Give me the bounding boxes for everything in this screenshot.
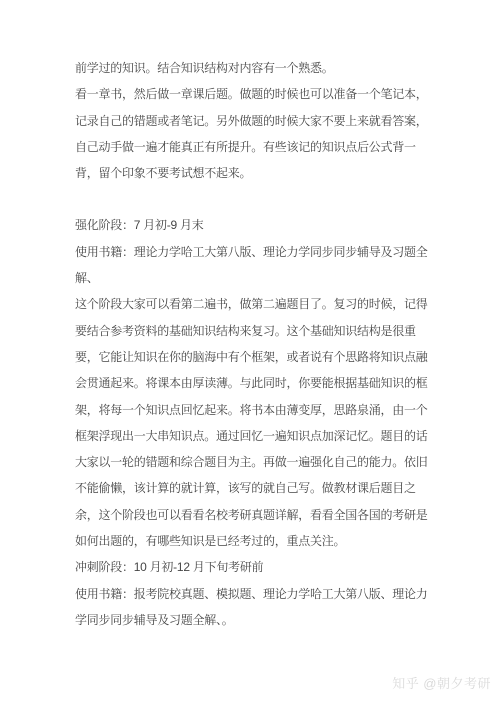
paragraph-intro-tail: 前学过的知识。结合知识结构对内容有一个熟悉。 (75, 55, 429, 81)
paragraph-stage-qianghua-heading: 强化阶段：7 月初-9 月末 (75, 212, 429, 238)
paragraph-books-qianghua: 使用书籍：理论力学哈工大第八版、理论力学同步同步辅导及习题全解、 (75, 239, 429, 292)
paragraph-stage-qianghua-detail: 这个阶段大家可以看第二遍书，做第二遍题目了。复习的时候，记得要结合参考资料的基础… (75, 291, 429, 554)
paragraph-study-method: 看一章书，然后做一章课后题。做题的时候也可以准备一个笔记本，记录自己的错题或者笔… (75, 81, 429, 186)
paragraph-stage-chongci-heading: 冲刺阶段：10 月初-12 月下旬考研前 (75, 554, 429, 580)
page: { "page": { "background_color": "#ffffff… (0, 0, 500, 707)
article-body: 前学过的知识。结合知识结构对内容有一个熟悉。 看一章书，然后做一章课后题。做题的… (75, 55, 429, 633)
zhihu-watermark: 知乎 @朝夕考研 (392, 675, 491, 693)
paragraph-books-chongci: 使用书籍：报考院校真题、模拟题、理论力学哈工大第八版、理论力学同步同步辅导及习题… (75, 581, 429, 634)
